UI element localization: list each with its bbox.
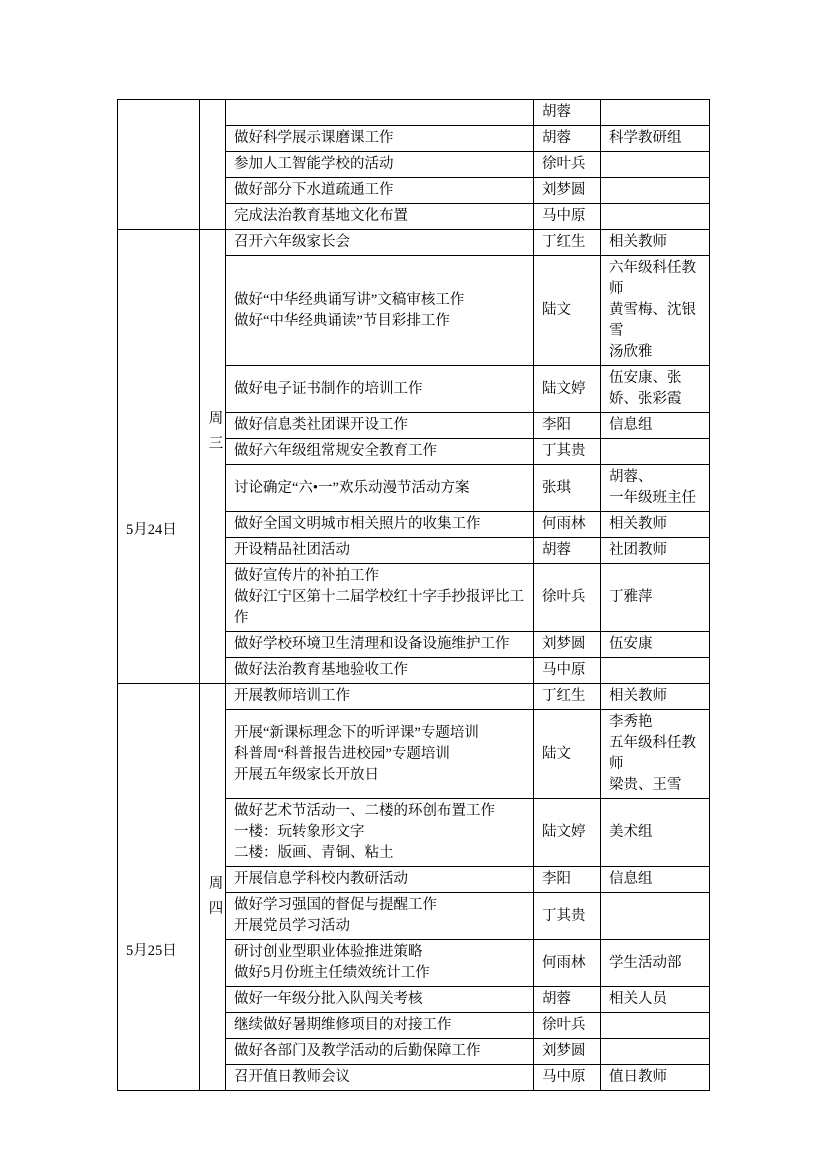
related-cell: 李秀艳 五年级科任教师 梁贵、王雪 xyxy=(601,710,710,799)
related-cell: 伍安康、张娇、张彩霞 xyxy=(601,366,710,413)
weekday-cell: 周四 xyxy=(200,684,226,1091)
schedule-table-body: 胡蓉做好科学展示课磨课工作胡蓉科学教研组参加人工智能学校的活动徐叶兵做好部分下水… xyxy=(118,100,710,1091)
person-cell: 张琪 xyxy=(534,465,601,512)
person-cell: 刘梦圆 xyxy=(534,1039,601,1065)
weekday-cell: 周三 xyxy=(200,230,226,684)
related-cell: 相关人员 xyxy=(601,987,710,1013)
person-cell: 丁红生 xyxy=(534,684,601,710)
task-cell: 召开六年级家长会 xyxy=(226,230,534,256)
person-cell: 丁其贵 xyxy=(534,439,601,465)
related-cell xyxy=(601,1039,710,1065)
person-cell: 徐叶兵 xyxy=(534,152,601,178)
related-cell: 值日教师 xyxy=(601,1065,710,1091)
task-cell: 做好电子证书制作的培训工作 xyxy=(226,366,534,413)
task-cell: 做好六年级组常规安全教育工作 xyxy=(226,439,534,465)
weekday-label: 周四 xyxy=(208,872,224,922)
person-cell: 陆文婷 xyxy=(534,366,601,413)
date-cell: 5月25日 xyxy=(118,684,200,1091)
task-cell: 做好信息类社团课开设工作 xyxy=(226,413,534,439)
task-cell: 做好法治教育基地验收工作 xyxy=(226,658,534,684)
person-cell: 胡蓉 xyxy=(534,100,601,126)
document-page: 胡蓉做好科学展示课磨课工作胡蓉科学教研组参加人工智能学校的活动徐叶兵做好部分下水… xyxy=(0,0,827,1170)
related-cell: 学生活动部 xyxy=(601,940,710,987)
task-cell: 开展“新课标理念下的听评课”专题培训 科普周“科普报告进校园”专题培训 开展五年… xyxy=(226,710,534,799)
person-cell: 陆文 xyxy=(534,710,601,799)
person-cell: 马中原 xyxy=(534,658,601,684)
person-cell: 胡蓉 xyxy=(534,987,601,1013)
table-row: 5月25日周四开展教师培训工作丁红生相关教师 xyxy=(118,684,710,710)
task-cell: 开展信息学科校内教研活动 xyxy=(226,867,534,893)
related-cell: 相关教师 xyxy=(601,230,710,256)
task-cell: 做好艺术节活动一、二楼的环创布置工作 一楼：玩转象形文字 二楼：版画、青铜、粘土 xyxy=(226,799,534,867)
related-cell xyxy=(601,152,710,178)
task-cell: 讨论确定“六•一”欢乐动漫节活动方案 xyxy=(226,465,534,512)
task-cell: 做好各部门及教学活动的后勤保障工作 xyxy=(226,1039,534,1065)
task-cell: 做好一年级分批入队闯关考核 xyxy=(226,987,534,1013)
related-cell xyxy=(601,178,710,204)
person-cell: 李阳 xyxy=(534,413,601,439)
person-cell: 徐叶兵 xyxy=(534,564,601,632)
task-cell: 做好全国文明城市相关照片的收集工作 xyxy=(226,512,534,538)
related-cell: 伍安康 xyxy=(601,632,710,658)
task-cell: 开设精品社团活动 xyxy=(226,538,534,564)
task-cell xyxy=(226,100,534,126)
person-cell: 刘梦圆 xyxy=(534,632,601,658)
related-cell: 科学教研组 xyxy=(601,126,710,152)
related-cell xyxy=(601,1013,710,1039)
person-cell: 何雨林 xyxy=(534,940,601,987)
task-cell: 做好部分下水道疏通工作 xyxy=(226,178,534,204)
task-cell: 研讨创业型职业体验推进策略 做好5月份班主任绩效统计工作 xyxy=(226,940,534,987)
related-cell xyxy=(601,204,710,230)
person-cell: 陆文 xyxy=(534,256,601,366)
task-cell: 做好学校环境卫生清理和设备设施维护工作 xyxy=(226,632,534,658)
task-cell: 做好宣传片的补拍工作 做好江宁区第十二届学校红十字手抄报评比工作 xyxy=(226,564,534,632)
person-cell: 马中原 xyxy=(534,1065,601,1091)
person-cell: 陆文婷 xyxy=(534,799,601,867)
task-cell: 做好“中华经典诵写讲”文稿审核工作 做好“中华经典诵读”节目彩排工作 xyxy=(226,256,534,366)
task-cell: 开展教师培训工作 xyxy=(226,684,534,710)
person-cell: 丁其贵 xyxy=(534,893,601,940)
person-cell: 刘梦圆 xyxy=(534,178,601,204)
related-cell: 相关教师 xyxy=(601,512,710,538)
weekday-cell xyxy=(200,100,226,230)
date-cell: 5月24日 xyxy=(118,230,200,684)
task-cell: 继续做好暑期维修项目的对接工作 xyxy=(226,1013,534,1039)
related-cell xyxy=(601,439,710,465)
related-cell: 六年级科任教师 黄雪梅、沈银雪 汤欣雅 xyxy=(601,256,710,366)
weekly-schedule-table: 胡蓉做好科学展示课磨课工作胡蓉科学教研组参加人工智能学校的活动徐叶兵做好部分下水… xyxy=(117,99,710,1091)
related-cell: 丁雅萍 xyxy=(601,564,710,632)
related-cell: 信息组 xyxy=(601,867,710,893)
person-cell: 马中原 xyxy=(534,204,601,230)
person-cell: 胡蓉 xyxy=(534,126,601,152)
task-cell: 做好学习强国的督促与提醒工作 开展党员学习活动 xyxy=(226,893,534,940)
task-cell: 召开值日教师会议 xyxy=(226,1065,534,1091)
task-cell: 完成法治教育基地文化布置 xyxy=(226,204,534,230)
person-cell: 李阳 xyxy=(534,867,601,893)
task-cell: 参加人工智能学校的活动 xyxy=(226,152,534,178)
person-cell: 胡蓉 xyxy=(534,538,601,564)
person-cell: 丁红生 xyxy=(534,230,601,256)
related-cell: 美术组 xyxy=(601,799,710,867)
related-cell xyxy=(601,658,710,684)
related-cell: 相关教师 xyxy=(601,684,710,710)
related-cell xyxy=(601,100,710,126)
related-cell: 信息组 xyxy=(601,413,710,439)
related-cell: 胡蓉、 一年级班主任 xyxy=(601,465,710,512)
related-cell: 社团教师 xyxy=(601,538,710,564)
table-row: 胡蓉 xyxy=(118,100,710,126)
person-cell: 何雨林 xyxy=(534,512,601,538)
table-row: 5月24日周三召开六年级家长会丁红生相关教师 xyxy=(118,230,710,256)
related-cell xyxy=(601,893,710,940)
date-cell xyxy=(118,100,200,230)
task-cell: 做好科学展示课磨课工作 xyxy=(226,126,534,152)
weekday-label: 周三 xyxy=(208,407,224,457)
person-cell: 徐叶兵 xyxy=(534,1013,601,1039)
